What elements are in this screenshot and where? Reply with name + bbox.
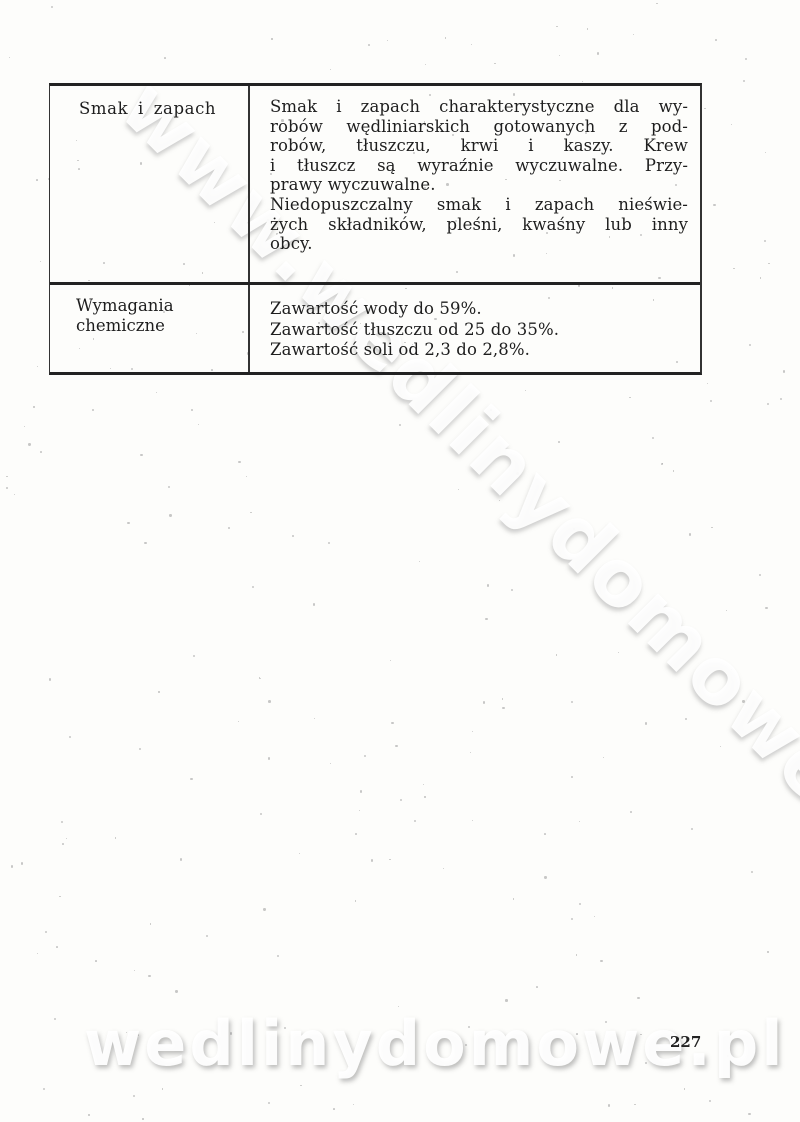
table-row-taste-smell: Smak i zapach Smak i zapach charakteryst… — [50, 86, 700, 282]
row-value-chemical-requirements: Zawartość wody do 59%. Zawartość tłuszcz… — [250, 285, 700, 372]
table-row-chemical-requirements: Wymagania chemiczne Zawartość wody do 59… — [50, 282, 700, 372]
text-line: Zawartość tłuszczu od 25 do 35%. — [270, 320, 688, 341]
text-line: i tłuszcz są wyraźnie wyczuwalne. Przy- — [270, 156, 688, 176]
text-line: żych składników, pleśni, kwaśny lub inny — [270, 215, 688, 235]
text-line: prawy wyczuwalne. — [270, 175, 688, 195]
text-line: obcy. — [270, 234, 688, 254]
row-label-chemical-requirements: Wymagania chemiczne — [50, 285, 250, 372]
label-line: chemiczne — [76, 316, 248, 336]
text-line: Niedopuszczalny smak i zapach nieświe- — [270, 195, 688, 215]
text-line: Zawartość soli od 2,3 do 2,8%. — [270, 340, 688, 361]
document-page: www.wedlinydomowe.pl Smak i zapach Smak … — [0, 0, 800, 1122]
row-label-taste-smell: Smak i zapach — [50, 86, 250, 282]
specification-table: Smak i zapach Smak i zapach charakteryst… — [49, 83, 702, 375]
label-line: Wymagania — [76, 296, 248, 316]
page-number: 227 — [670, 1033, 701, 1051]
text-line: robów wędliniarskich gotowanych z pod- — [270, 117, 688, 137]
text-line: robów, tłuszczu, krwi i kaszy. Krew — [270, 136, 688, 156]
text-line: Smak i zapach charakterystyczne dla wy- — [270, 97, 688, 117]
row-value-taste-smell: Smak i zapach charakterystyczne dla wy- … — [250, 86, 700, 282]
text-line: Zawartość wody do 59%. — [270, 299, 688, 320]
